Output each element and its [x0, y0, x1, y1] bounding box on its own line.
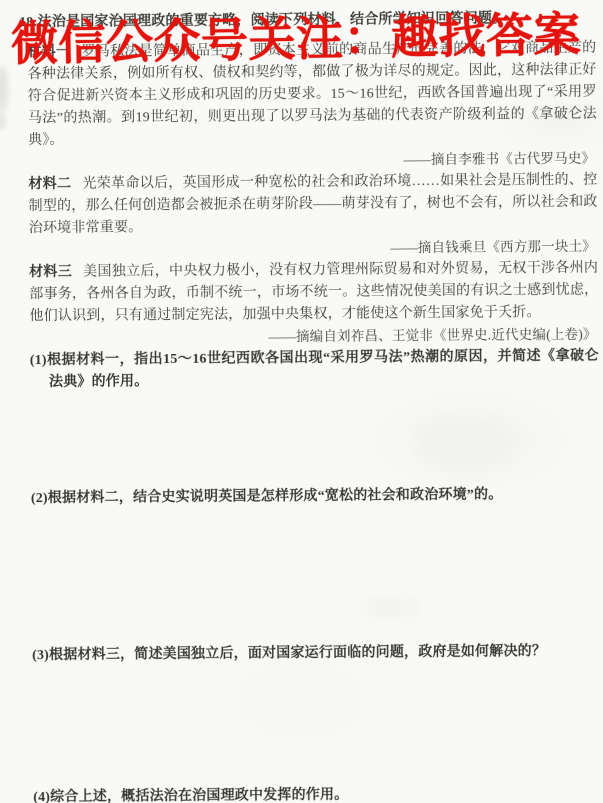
material-3-paragraph: 材料三美国独立后，中央权力极小，没有权力管理州际贸易和对外贸易，无权干涉各州内部… [29, 258, 599, 328]
question-stem-text: 法治是国家治国理政的重要方略，阅读下列材料，结合所学知识回答问题。 [38, 11, 507, 30]
scanned-exam-page: 18.法治是国家治国理政的重要方略，阅读下列材料，结合所学知识回答问题。 材料一… [0, 0, 603, 803]
question-18-block: 18.法治是国家治国理政的重要方略，阅读下列材料，结合所学知识回答问题。 材料一… [0, 0, 603, 803]
material-2-paragraph: 材料二光荣革命以后，英国形成一种宽松的社会和政治环境……如果社会是压制性的、控制… [28, 170, 598, 240]
question-stem: 18.法治是国家治国理政的重要方略，阅读下列材料，结合所学知识回答问题。 [19, 8, 596, 35]
sub-question-1: (1)根据材料一，指出15～16世纪西欧各国出现“采用罗马法”热潮的原因，并简述… [30, 346, 599, 394]
question-number: 18. [19, 15, 38, 30]
material-2-label: 材料二 [28, 177, 71, 192]
material-3-label: 材料三 [29, 265, 72, 280]
material-2-text: 光荣革命以后，英国形成一种宽松的社会和政治环境……如果社会是压制性的、控制型的，… [29, 173, 598, 236]
material-1-text: 罗马私法是简单商品生产，即资本主义前的商品生产的完善的法，它对商品生产的各种法律… [28, 41, 597, 148]
material-1-paragraph: 材料一罗马私法是简单商品生产，即资本主义前的商品生产的完善的法，它对商品生产的各… [27, 38, 597, 152]
material-1-label: 材料一 [27, 45, 70, 60]
material-3-text: 美国独立后，中央权力极小，没有权力管理州际贸易和对外贸易，无权干涉各州内部事务，… [29, 261, 598, 324]
sub-question-2: (2)根据材料二，结合史实说明英国是怎样形成“宽松的社会和政治环境”的。 [31, 484, 600, 510]
sub-question-3: (3)根据材料三，简述美国独立后，面对国家运行面临的问题，政府是如何解决的？ [32, 641, 601, 667]
sub-question-4: (4)综合上述，概括法治在治国理政中发挥的作用。 [33, 783, 602, 803]
